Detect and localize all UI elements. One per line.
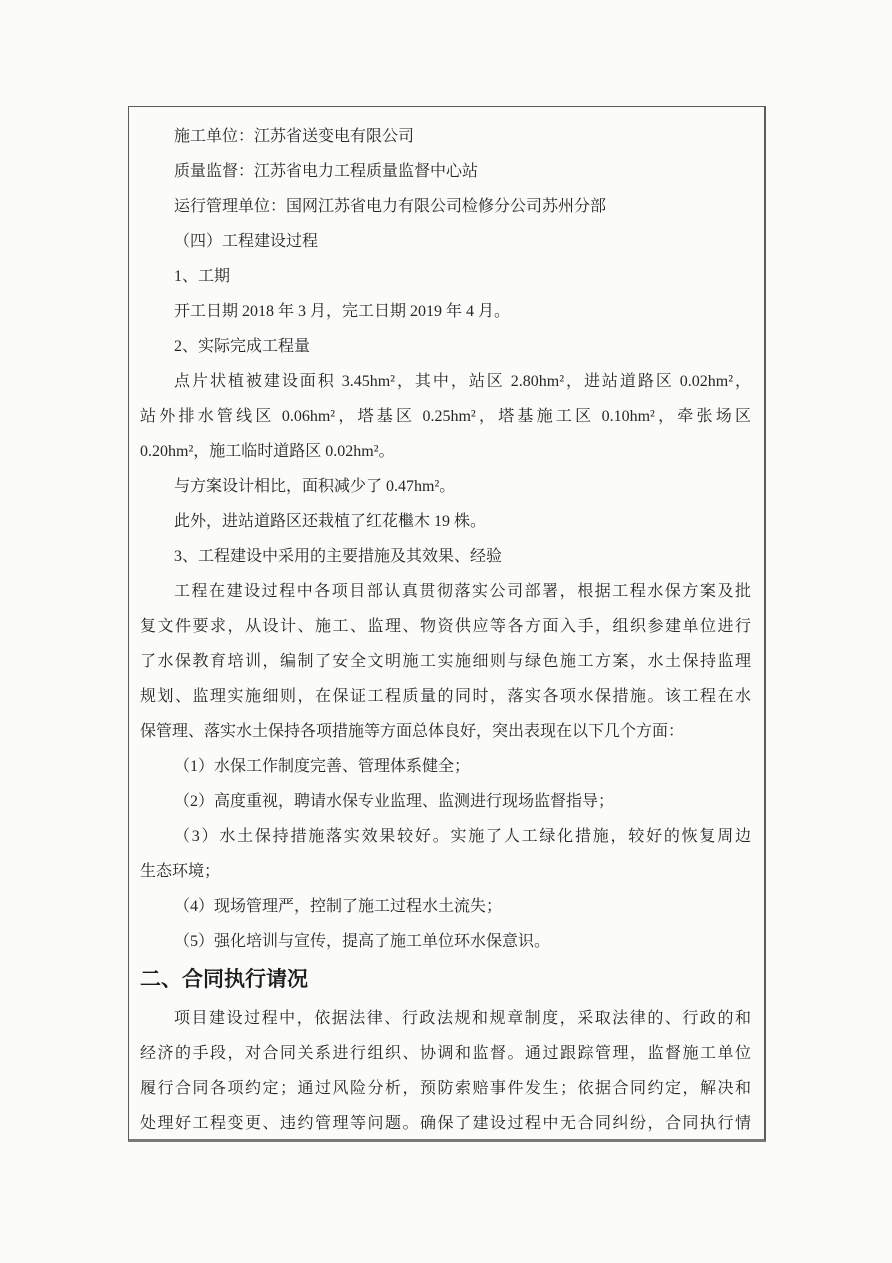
text-line: 运行管理单位：国网江苏省电力有限公司检修分公司苏州分部: [140, 189, 751, 224]
text-line: 开工日期 2018 年 3 月，完工日期 2019 年 4 月。: [140, 294, 751, 329]
text-line: 2、实际完成工程量: [140, 329, 751, 364]
text-line: 1、工期: [140, 259, 751, 294]
text-line: 站外排水管线区 0.06hm²，塔基区 0.25hm²，塔基施工区 0.10hm…: [140, 399, 751, 434]
text-line: 点片状植被建设面积 3.45hm²，其中，站区 2.80hm²，进站道路区 0.…: [140, 364, 751, 399]
text-line: 生态环境；: [140, 854, 751, 889]
text-lines-container: 施工单位：江苏省送变电有限公司质量监督：江苏省电力工程质量监督中心站运行管理单位…: [140, 119, 751, 1141]
text-line: 复文件要求，从设计、施工、监理、物资供应等各方面入手，组织参建单位进行: [140, 609, 751, 644]
report-page: 施工单位：江苏省送变电有限公司质量监督：江苏省电力工程质量监督中心站运行管理单位…: [0, 0, 892, 1263]
text-line: （1）水保工作制度完善、管理体系健全；: [140, 749, 751, 784]
text-line: 经济的手段，对合同关系进行组织、协调和监督。通过跟踪管理，监督施工单位: [140, 1036, 751, 1071]
text-line: 规划、监理实施细则，在保证工程质量的同时，落实各项水保措施。该工程在水: [140, 679, 751, 714]
text-line: 3、工程建设中采用的主要措施及其效果、经验: [140, 539, 751, 574]
section-heading: 二、合同执行请况: [140, 959, 751, 1001]
text-line: （3）水土保持措施落实效果较好。实施了人工绿化措施，较好的恢复周边: [140, 819, 751, 854]
text-line: 处理好工程变更、违约管理等问题。确保了建设过程中无合同纠纷，合同执行情: [140, 1106, 751, 1141]
text-line: （2）高度重视，聘请水保专业监理、监测进行现场监督指导；: [140, 784, 751, 819]
text-line: 项目建设过程中，依据法律、行政法规和规章制度，采取法律的、行政的和: [140, 1001, 751, 1036]
text-line: 工程在建设过程中各项目部认真贯彻落实公司部署，根据工程水保方案及批: [140, 574, 751, 609]
text-line: 了水保教育培训，编制了安全文明施工实施细则与绿色施工方案，水土保持监理: [140, 644, 751, 679]
document-table-cell: 施工单位：江苏省送变电有限公司质量监督：江苏省电力工程质量监督中心站运行管理单位…: [128, 106, 766, 1142]
text-line: 此外，进站道路区还栽植了红花檵木 19 株。: [140, 504, 751, 539]
text-line: 履行合同各项约定；通过风险分析，预防索赔事件发生；依据合同约定，解决和: [140, 1071, 751, 1106]
text-line: 施工单位：江苏省送变电有限公司: [140, 119, 751, 154]
text-line: 保管理、落实水土保持各项措施等方面总体良好，突出表现在以下几个方面：: [140, 714, 751, 749]
text-line: 质量监督：江苏省电力工程质量监督中心站: [140, 154, 751, 189]
text-line: （四）工程建设过程: [140, 224, 751, 259]
text-line: 0.20hm²，施工临时道路区 0.02hm²。: [140, 434, 751, 469]
text-line: 与方案设计相比，面积减少了 0.47hm²。: [140, 469, 751, 504]
text-line: （5）强化培训与宣传，提高了施工单位环水保意识。: [140, 924, 751, 959]
text-line: （4）现场管理严，控制了施工过程水土流失；: [140, 889, 751, 924]
